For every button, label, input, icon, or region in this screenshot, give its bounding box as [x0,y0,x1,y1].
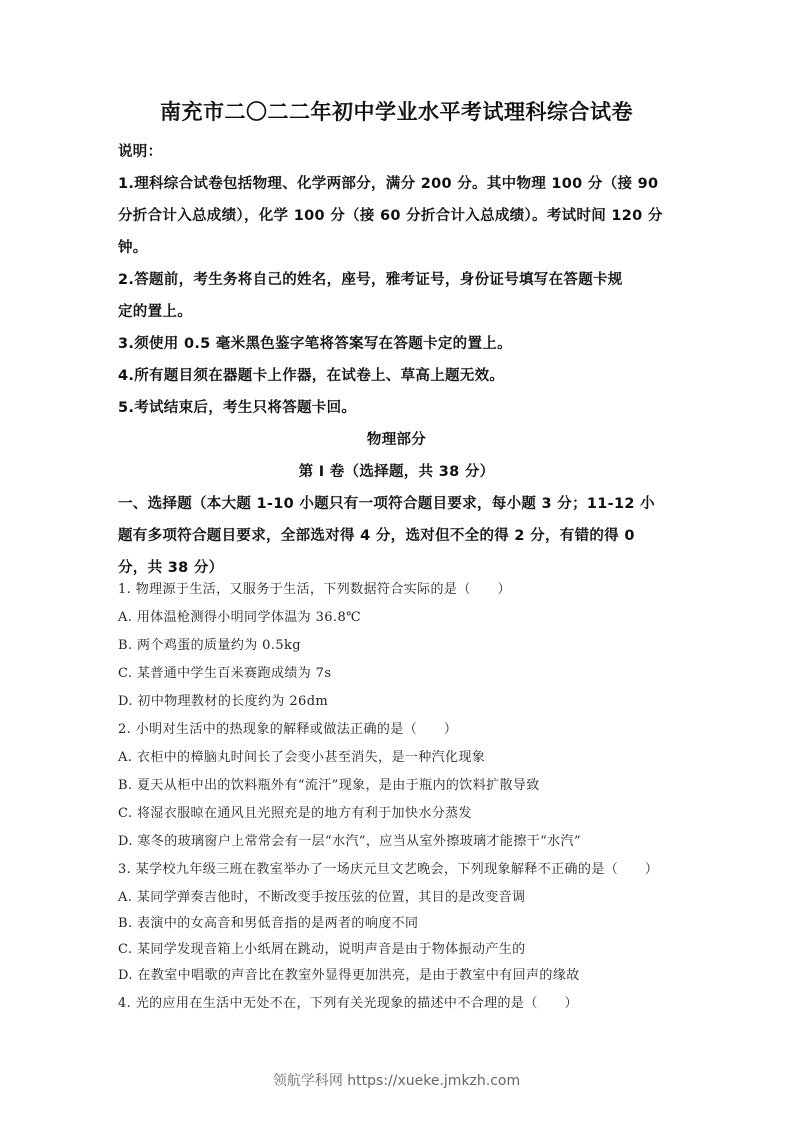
question-option: D. 在教室中唱歌的声音比在教室外显得更加洪亮，是由于教室中有回声的缘故 [118,964,580,983]
part-instructions: 一、选择题（本大题 1-10 小题只有一项符合题目要求，每小题 3 分；11-1… [118,492,655,513]
footer-watermark: 领航学科网 https://xueke.jmkzh.com [0,1070,793,1090]
note-line: 分折合计入总成绩），化学 100 分（接 60 分折合计入总成绩）。考试时间 1… [118,204,663,225]
question-option: A. 衣柜中的樟脑丸时间长了会变小甚至消失，是一种汽化现象 [118,746,485,765]
note-line: 3.须使用 0.5 毫米黑色鉴字笔将答案写在答题卡定的置上。 [118,332,512,353]
part-instructions: 题有多项符合题目要求，全部选对得 4 分，选对但不全的得 2 分，有错的得 0 [118,524,635,545]
question-option: D. 寒冬的玻璃窗户上常常会有一层“水汽”，应当从室外擦玻璃才能擦干“水汽” [118,830,581,849]
note-line: 钟。 [118,236,148,257]
section-title: 物理部分 [0,428,793,449]
question-stem: 3. 某学校九年级三班在教室举办了一场庆元旦文艺晚会，下列现象解释不正确的是（ … [118,858,658,877]
note-line: 1.理科综合试卷包括物理、化学两部分，满分 200 分。其中物理 100 分（接… [118,172,658,193]
notes-heading: 说明： [118,140,162,161]
exam-page: 南充市二〇二二年初中学业水平考试理科综合试卷 说明： 1.理科综合试卷包括物理、… [0,0,793,1122]
question-option: D. 初中物理教材的长度约为 26dm [118,690,328,709]
volume-title: 第 I 卷（选择题，共 38 分） [0,460,793,481]
note-line: 定的置上。 [118,300,192,321]
note-line: 2.答题前，考生务将自己的姓名，座号，雅考证号，身份证号填写在答题卡规 [118,268,623,289]
question-option: B. 两个鸡蛋的质量约为 0.5kg [118,634,301,653]
question-option: A. 某同学弹奏吉他时，不断改变手按压弦的位置，其目的是改变音调 [118,886,525,905]
question-option: C. 某同学发现音箱上小纸屑在跳动，说明声音是由于物体振动产生的 [118,938,526,957]
question-option: B. 夏天从柜中出的饮料瓶外有“流汗”现象，是由于瓶内的饮料扩散导致 [118,774,540,793]
question-option: A. 用体温枪测得小明同学体温为 36.8℃ [118,606,361,625]
note-line: 5.考试结束后，考生只将答题卡回。 [118,396,356,417]
exam-title: 南充市二〇二二年初中学业水平考试理科综合试卷 [0,96,793,126]
question-stem: 1. 物理源于生活，又服务于生活，下列数据符合实际的是（ ） [118,578,511,597]
question-option: C. 某普通中学生百米赛跑成绩为 7s [118,662,331,681]
question-stem: 4. 光的应用在生活中无处不在，下列有关光现象的描述中不合理的是（ ） [118,992,578,1011]
question-option: B. 表演中的女高音和男低音指的是两者的响度不同 [118,912,418,931]
part-instructions: 分，共 38 分） [118,556,223,577]
note-line: 4.所有题目须在器题卡上作器，在试卷上、草高上题无效。 [118,364,504,385]
question-option: C. 将湿衣服晾在通风且光照充是的地方有利于加快水分蒸发 [118,802,472,821]
question-stem: 2. 小明对生活中的热现象的解释或做法正确的是（ ） [118,718,457,737]
